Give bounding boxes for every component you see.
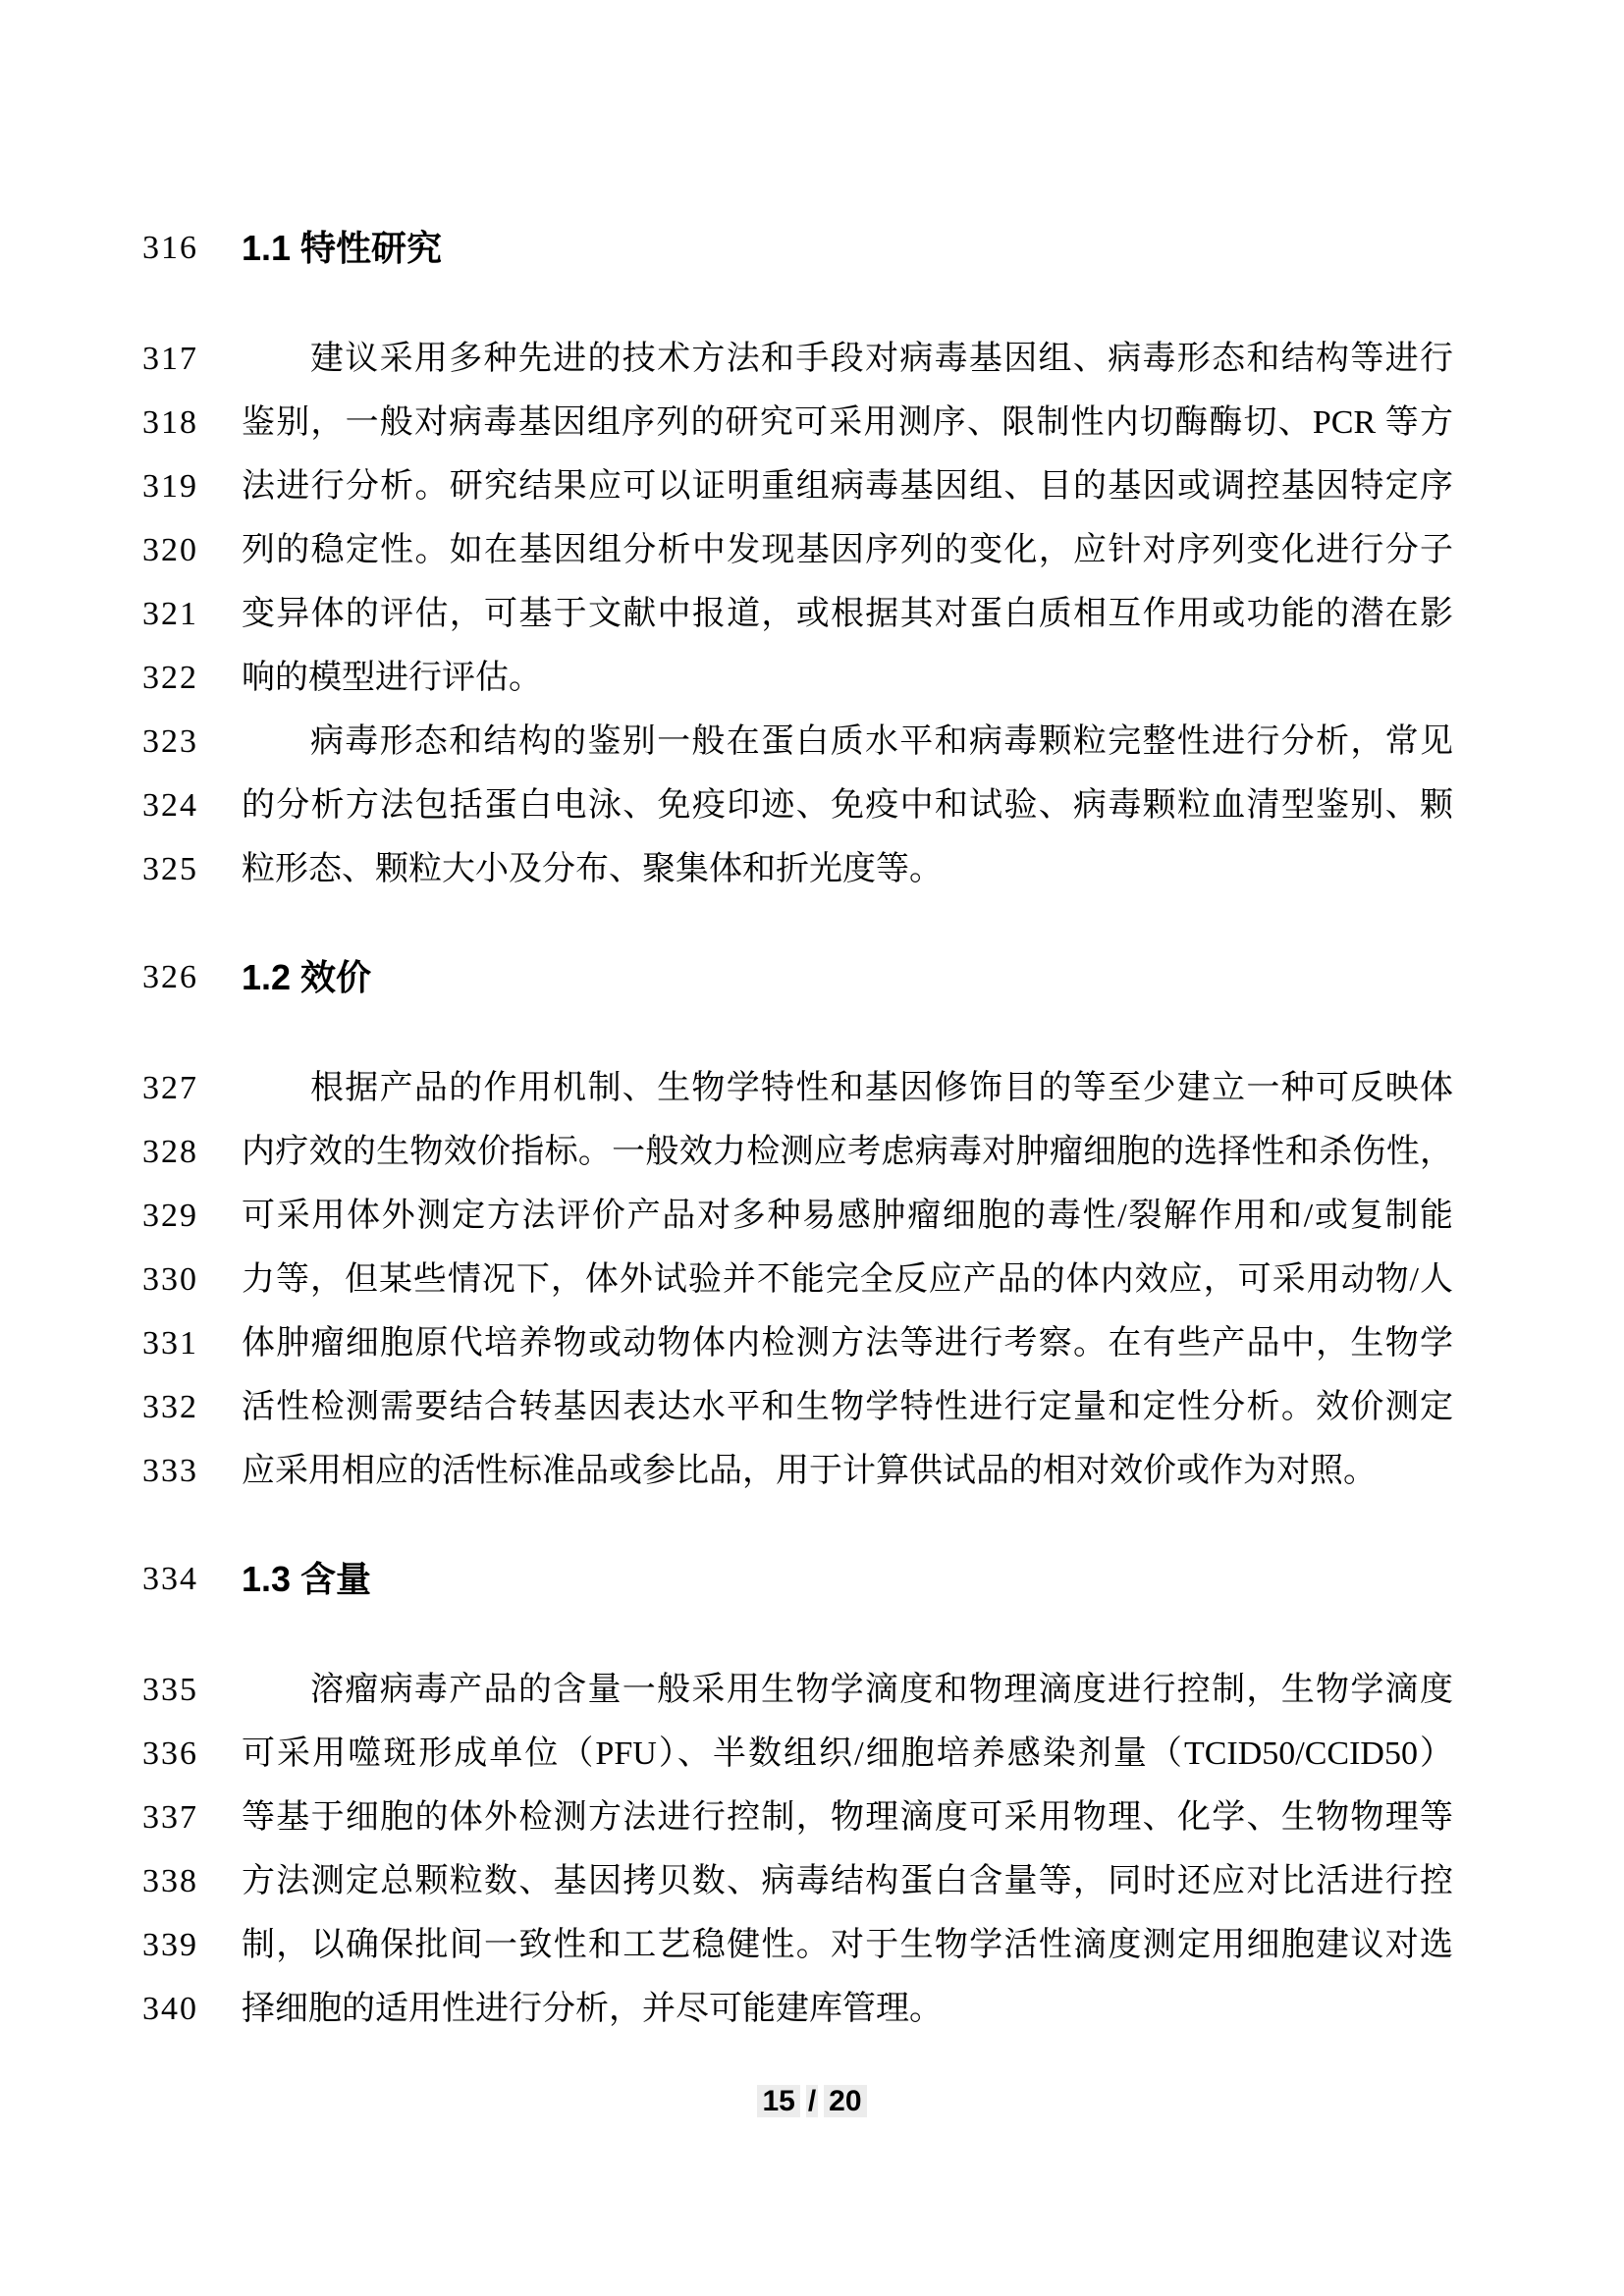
line-text: 1.2 效价 (242, 945, 1453, 1009)
line-number: 321 (142, 582, 242, 646)
line-number: 324 (142, 774, 242, 837)
document-line: 324 的分析方法包括蛋白电泳、免疫印迹、免疫中和试验、病毒颗粒血清型鉴别、颗 (142, 774, 1453, 837)
line-text: 病毒形态和结构的鉴别一般在蛋白质水平和病毒颗粒完整性进行分析，常见 (242, 710, 1453, 774)
line-text: 可采用体外测定方法评价产品对多种易感肿瘤细胞的毒性/裂解作用和/或复制能 (242, 1184, 1453, 1248)
line-text: 法进行分析。研究结果应可以证明重组病毒基因组、目的基因或调控基因特定序 (242, 454, 1453, 518)
document-line: 329 可采用体外测定方法评价产品对多种易感肿瘤细胞的毒性/裂解作用和/或复制能 (142, 1184, 1453, 1248)
line-text: 应采用相应的活性标准品或参比品，用于计算供试品的相对效价或作为对照。 (242, 1439, 1453, 1503)
line-text: 根据产品的作用机制、生物学特性和基因修饰目的等至少建立一种可反映体 (242, 1056, 1453, 1120)
line-number: 322 (142, 646, 242, 710)
line-text: 可采用噬斑形成单位（PFU）、半数组织/细胞培养感染剂量（TCID50/CCID… (242, 1722, 1453, 1786)
line-number: 331 (142, 1311, 242, 1375)
line-text: 内疗效的生物效价指标。一般效力检测应考虑病毒对肿瘤细胞的选择性和杀伤性， (242, 1120, 1453, 1184)
document-line: 327 根据产品的作用机制、生物学特性和基因修饰目的等至少建立一种可反映体 (142, 1056, 1453, 1120)
document-line: 333 应采用相应的活性标准品或参比品，用于计算供试品的相对效价或作为对照。 (142, 1439, 1453, 1503)
document-line: 336 可采用噬斑形成单位（PFU）、半数组织/细胞培养感染剂量（TCID50/… (142, 1722, 1453, 1786)
line-text: 1.3 含量 (242, 1547, 1453, 1611)
line-number: 329 (142, 1184, 242, 1248)
document-line: 322 响的模型进行评估。 (142, 646, 1453, 710)
line-text: 列的稳定性。如在基因组分析中发现基因序列的变化，应针对序列变化进行分子 (242, 518, 1453, 582)
page-number-current: 15 (757, 2085, 799, 2117)
document-page: 316 1.1 特性研究 317 建议采用多种先进的技术方法和手段对病毒基因组、… (0, 0, 1624, 2296)
document-line: 330 力等，但某些情况下，体外试验并不能完全反应产品的体内效应，可采用动物/人 (142, 1248, 1453, 1311)
document-line: 325 粒形态、颗粒大小及分布、聚集体和折光度等。 (142, 837, 1453, 901)
line-number: 337 (142, 1786, 242, 1849)
document-line: 317 建议采用多种先进的技术方法和手段对病毒基因组、病毒形态和结构等进行 (142, 327, 1453, 391)
document-line: 335 溶瘤病毒产品的含量一般采用生物学滴度和物理滴度进行控制，生物学滴度 (142, 1658, 1453, 1722)
line-number: 330 (142, 1248, 242, 1311)
line-text: 粒形态、颗粒大小及分布、聚集体和折光度等。 (242, 837, 1453, 901)
line-number: 317 (142, 327, 242, 391)
line-text: 建议采用多种先进的技术方法和手段对病毒基因组、病毒形态和结构等进行 (242, 327, 1453, 391)
line-number: 325 (142, 837, 242, 901)
line-list: 316 1.1 特性研究 317 建议采用多种先进的技术方法和手段对病毒基因组、… (142, 216, 1453, 2041)
line-text: 1.1 特性研究 (242, 216, 1453, 280)
document-line: 319 法进行分析。研究结果应可以证明重组病毒基因组、目的基因或调控基因特定序 (142, 454, 1453, 518)
line-number: 326 (142, 945, 242, 1009)
line-number: 328 (142, 1120, 242, 1184)
document-line: 326 1.2 效价 (142, 945, 1453, 1009)
document-line: 337 等基于细胞的体外检测方法进行控制，物理滴度可采用物理、化学、生物物理等 (142, 1786, 1453, 1849)
page-footer: 15/20 (0, 2085, 1624, 2118)
line-number: 333 (142, 1439, 242, 1503)
line-number: 336 (142, 1722, 242, 1786)
document-line: 323 病毒形态和结构的鉴别一般在蛋白质水平和病毒颗粒完整性进行分析，常见 (142, 710, 1453, 774)
document-line: 331 体肿瘤细胞原代培养物或动物体内检测方法等进行考察。在有些产品中，生物学 (142, 1311, 1453, 1375)
line-number: 316 (142, 216, 242, 280)
page-number-separator: / (806, 2085, 818, 2117)
line-text: 鉴别，一般对病毒基因组序列的研究可采用测序、限制性内切酶酶切、PCR 等方 (242, 391, 1453, 454)
line-number: 319 (142, 454, 242, 518)
line-text: 方法测定总颗粒数、基因拷贝数、病毒结构蛋白含量等，同时还应对比活进行控 (242, 1849, 1453, 1913)
line-text: 择细胞的适用性进行分析，并尽可能建库管理。 (242, 1977, 1453, 2041)
document-line: 316 1.1 特性研究 (142, 216, 1453, 280)
document-line: 339 制，以确保批间一致性和工艺稳健性。对于生物学活性滴度测定用细胞建议对选 (142, 1913, 1453, 1977)
line-number: 320 (142, 518, 242, 582)
line-number: 318 (142, 391, 242, 454)
line-number: 332 (142, 1375, 242, 1439)
line-text: 活性检测需要结合转基因表达水平和生物学特性进行定量和定性分析。效价测定 (242, 1375, 1453, 1439)
line-number: 327 (142, 1056, 242, 1120)
line-text: 等基于细胞的体外检测方法进行控制，物理滴度可采用物理、化学、生物物理等 (242, 1786, 1453, 1849)
document-line: 328 内疗效的生物效价指标。一般效力检测应考虑病毒对肿瘤细胞的选择性和杀伤性， (142, 1120, 1453, 1184)
line-number: 335 (142, 1658, 242, 1722)
line-number: 334 (142, 1547, 242, 1611)
line-number: 323 (142, 710, 242, 774)
document-line: 332 活性检测需要结合转基因表达水平和生物学特性进行定量和定性分析。效价测定 (142, 1375, 1453, 1439)
line-text: 力等，但某些情况下，体外试验并不能完全反应产品的体内效应，可采用动物/人 (242, 1248, 1453, 1311)
line-text: 变异体的评估，可基于文献中报道，或根据其对蛋白质相互作用或功能的潜在影 (242, 582, 1453, 646)
line-text: 的分析方法包括蛋白电泳、免疫印迹、免疫中和试验、病毒颗粒血清型鉴别、颗 (242, 774, 1453, 837)
line-text: 响的模型进行评估。 (242, 646, 1453, 710)
line-text: 体肿瘤细胞原代培养物或动物体内检测方法等进行考察。在有些产品中，生物学 (242, 1311, 1453, 1375)
document-line: 320 列的稳定性。如在基因组分析中发现基因序列的变化，应针对序列变化进行分子 (142, 518, 1453, 582)
line-text: 制，以确保批间一致性和工艺稳健性。对于生物学活性滴度测定用细胞建议对选 (242, 1913, 1453, 1977)
document-line: 318 鉴别，一般对病毒基因组序列的研究可采用测序、限制性内切酶酶切、PCR 等… (142, 391, 1453, 454)
page-number-total: 20 (824, 2085, 866, 2117)
document-line: 338 方法测定总颗粒数、基因拷贝数、病毒结构蛋白含量等，同时还应对比活进行控 (142, 1849, 1453, 1913)
document-line: 340 择细胞的适用性进行分析，并尽可能建库管理。 (142, 1977, 1453, 2041)
line-number: 339 (142, 1913, 242, 1977)
document-line: 321 变异体的评估，可基于文献中报道，或根据其对蛋白质相互作用或功能的潜在影 (142, 582, 1453, 646)
line-text: 溶瘤病毒产品的含量一般采用生物学滴度和物理滴度进行控制，生物学滴度 (242, 1658, 1453, 1722)
document-line: 334 1.3 含量 (142, 1547, 1453, 1611)
line-number: 340 (142, 1977, 242, 2041)
line-number: 338 (142, 1849, 242, 1913)
